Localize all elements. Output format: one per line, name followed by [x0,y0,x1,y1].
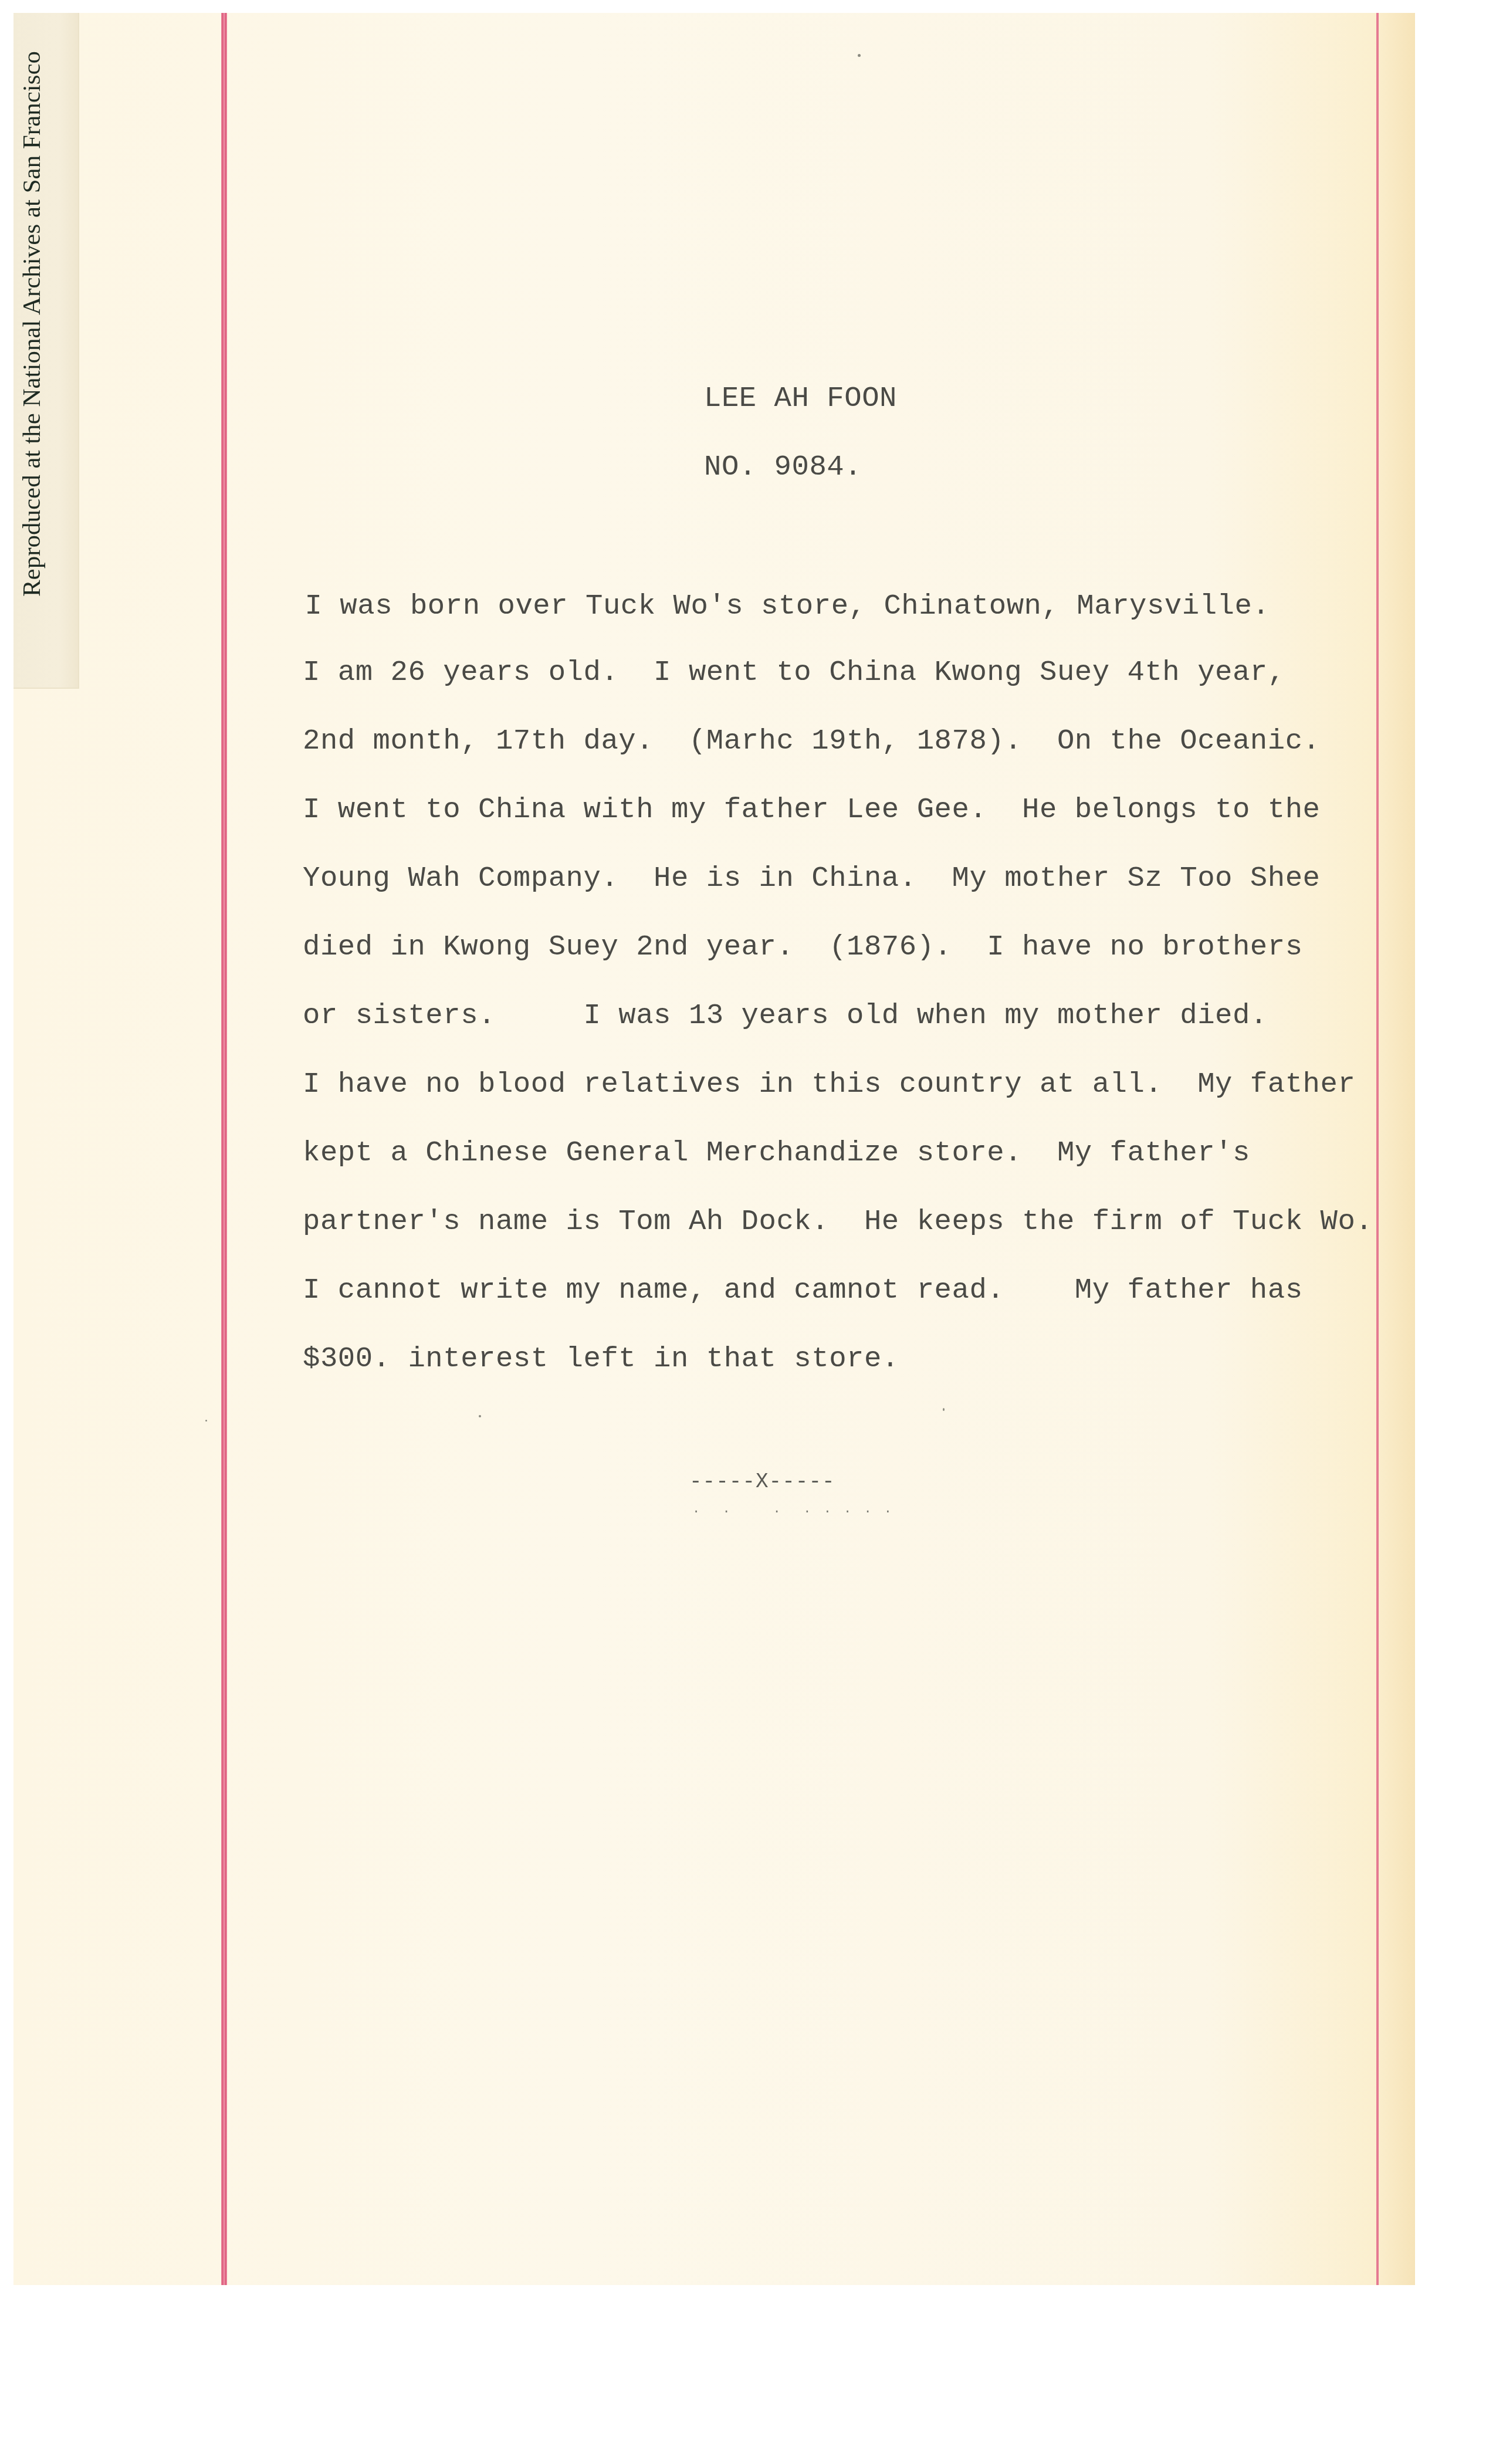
document-title-name: LEE AH FOON [704,384,897,413]
body-line: I was born over Tuck Wo's store, Chinato… [217,592,1270,621]
body-line: died in Kwong Suey 2nd year. (1876). I h… [303,933,1303,962]
paper-speck [479,1415,481,1417]
body-line: 2nd month, 17th day. (Marhc 19th, 1878).… [303,727,1320,756]
body-line: Young Wah Company. He is in China. My mo… [303,864,1320,893]
body-line: or sisters. I was 13 years old when my m… [303,1001,1268,1030]
paper-speck [943,1408,945,1411]
left-margin-rule [221,13,227,2285]
right-margin-rule [1376,13,1379,2285]
body-line: I cannot write my name, and camnot read.… [303,1276,1303,1305]
body-line: I have no blood relatives in this countr… [303,1070,1355,1099]
body-line: partner's name is Tom Ah Dock. He keeps … [303,1207,1373,1236]
body-line: kept a Chinese General Merchandize store… [303,1139,1250,1167]
end-separator: -----X----- [689,1470,835,1494]
paper-speck [205,1420,207,1421]
archive-stamp-text: Reproduced at the National Archives at S… [19,33,45,614]
paper-speck [858,54,861,57]
document-case-number: NO. 9084. [704,453,862,482]
body-line: I went to China with my father Lee Gee. … [303,796,1320,824]
body-line: I am 26 years old. I went to China Kwong… [303,658,1285,687]
separator-dots: . . . . . . . . [692,1502,894,1517]
body-line: $300. interest left in that store. [303,1345,899,1373]
